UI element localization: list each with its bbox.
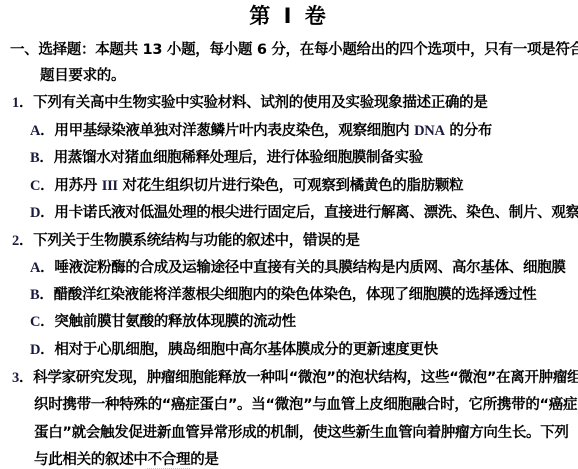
- option-latin-term: III: [102, 178, 118, 194]
- option-text: ．用蒸馏水对猪血细胞稀释处理后，进行体验细胞膜制备实验: [39, 150, 422, 166]
- question-stem: ．科学家研究发现，肿瘤细胞能释放一种叫“微泡”的泡状结构，这些“微泡”在离开肿瘤…: [19, 370, 578, 386]
- section-instructions-line-1: 一、选择题：本题共 13 小题，每小题 6 分，在每小题给出的四个选项中，只有一…: [10, 40, 578, 60]
- option-text: ．用卡诺氏液对低温处理的根尖进行固定后，直接进行解离、漂洗、染色、制片、观察: [40, 205, 578, 221]
- option-text-end: 的分布: [445, 123, 492, 139]
- question-2: 2．下列关于生物膜系统结构与功能的叙述中，错误的是: [12, 231, 360, 251]
- question-stem: 与此相关的叙述中: [34, 452, 148, 468]
- option-letter: B: [30, 150, 39, 166]
- question-2-option-b: B．醋酸洋红染液能将洋葱根尖细胞内的染色体染色，体现了细胞膜的选择透过性: [30, 285, 536, 305]
- question-stem: ．下列有关高中生物实验中实验材料、试剂的使用及实验现象描述正确的是: [19, 95, 488, 111]
- option-text: ．醋酸洋红染液能将洋葱根尖细胞内的染色体染色，体现了细胞膜的选择透过性: [39, 287, 536, 303]
- emphasis-text: 不合理: [148, 452, 191, 468]
- question-3-line-4: 与此相关的叙述中不合理的是: [34, 450, 219, 469]
- option-letter: A: [30, 260, 40, 276]
- option-letter: C: [30, 314, 40, 330]
- question-1-option-d: D．用卡诺氏液对低温处理的根尖进行固定后，直接进行解离、漂洗、染色、制片、观察: [30, 203, 578, 223]
- option-text: ．用苏丹: [40, 178, 102, 194]
- question-1-option-c: C．用苏丹 III 对花生组织切片进行染色，可观察到橘黄色的脂肪颗粒: [30, 176, 463, 196]
- question-stem: ．下列关于生物膜系统结构与功能的叙述中，错误的是: [19, 233, 360, 249]
- question-3-line-2: 织时携带一种特殊的“癌症蛋白”。当“微泡”与血管上皮细胞融合时，它所携带的“癌症: [34, 395, 577, 415]
- question-number: 1: [12, 95, 19, 111]
- question-number: 2: [12, 233, 19, 249]
- option-letter: C: [30, 178, 40, 194]
- question-2-option-d: D．相对于心肌细胞，胰岛细胞中高尔基体膜成分的更新速度更快: [30, 340, 438, 360]
- option-text: ．相对于心肌细胞，胰岛细胞中高尔基体膜成分的更新速度更快: [40, 342, 438, 358]
- question-3-line-3: 蛋白”就会触发促进新血管异常形成的机制，使这些新生血管向着肿瘤方向生长。下列: [34, 423, 569, 443]
- question-1-option-b: B．用蒸馏水对猪血细胞稀释处理后，进行体验细胞膜制备实验: [30, 148, 423, 168]
- option-text: ．用甲基绿染液单独对洋葱鳞片叶内表皮染色，观察细胞内: [40, 123, 414, 139]
- option-letter: A: [30, 123, 40, 139]
- option-text: ．唾液淀粉酶的合成及运输途径中直接有关的具膜结构是内质网、高尔基体、细胞膜: [40, 260, 565, 276]
- option-text: ．突触前膜甘氨酸的释放体现膜的流动性: [40, 314, 296, 330]
- question-3-line-1: 3．科学家研究发现，肿瘤细胞能释放一种叫“微泡”的泡状结构，这些“微泡”在离开肿…: [12, 368, 578, 388]
- option-letter: D: [30, 342, 40, 358]
- option-letter: B: [30, 287, 39, 303]
- question-2-option-c: C．突触前膜甘氨酸的释放体现膜的流动性: [30, 312, 296, 332]
- volume-title: 第 Ⅰ 卷: [0, 3, 578, 29]
- question-stem-end: 的是: [190, 452, 218, 468]
- option-latin-term: DNA: [414, 123, 445, 139]
- question-1: 1．下列有关高中生物实验中实验材料、试剂的使用及实验现象描述正确的是: [12, 93, 488, 113]
- option-text-end: 对花生组织切片进行染色，可观察到橘黄色的脂肪颗粒: [118, 178, 464, 194]
- question-1-option-a: A．用甲基绿染液单独对洋葱鳞片叶内表皮染色，观察细胞内 DNA 的分布: [30, 121, 492, 141]
- question-2-option-a: A．唾液淀粉酶的合成及运输途径中直接有关的具膜结构是内质网、高尔基体、细胞膜: [30, 258, 566, 278]
- question-number: 3: [12, 370, 19, 386]
- section-instructions-line-2: 题目要求的。: [40, 66, 125, 86]
- option-letter: D: [30, 205, 40, 221]
